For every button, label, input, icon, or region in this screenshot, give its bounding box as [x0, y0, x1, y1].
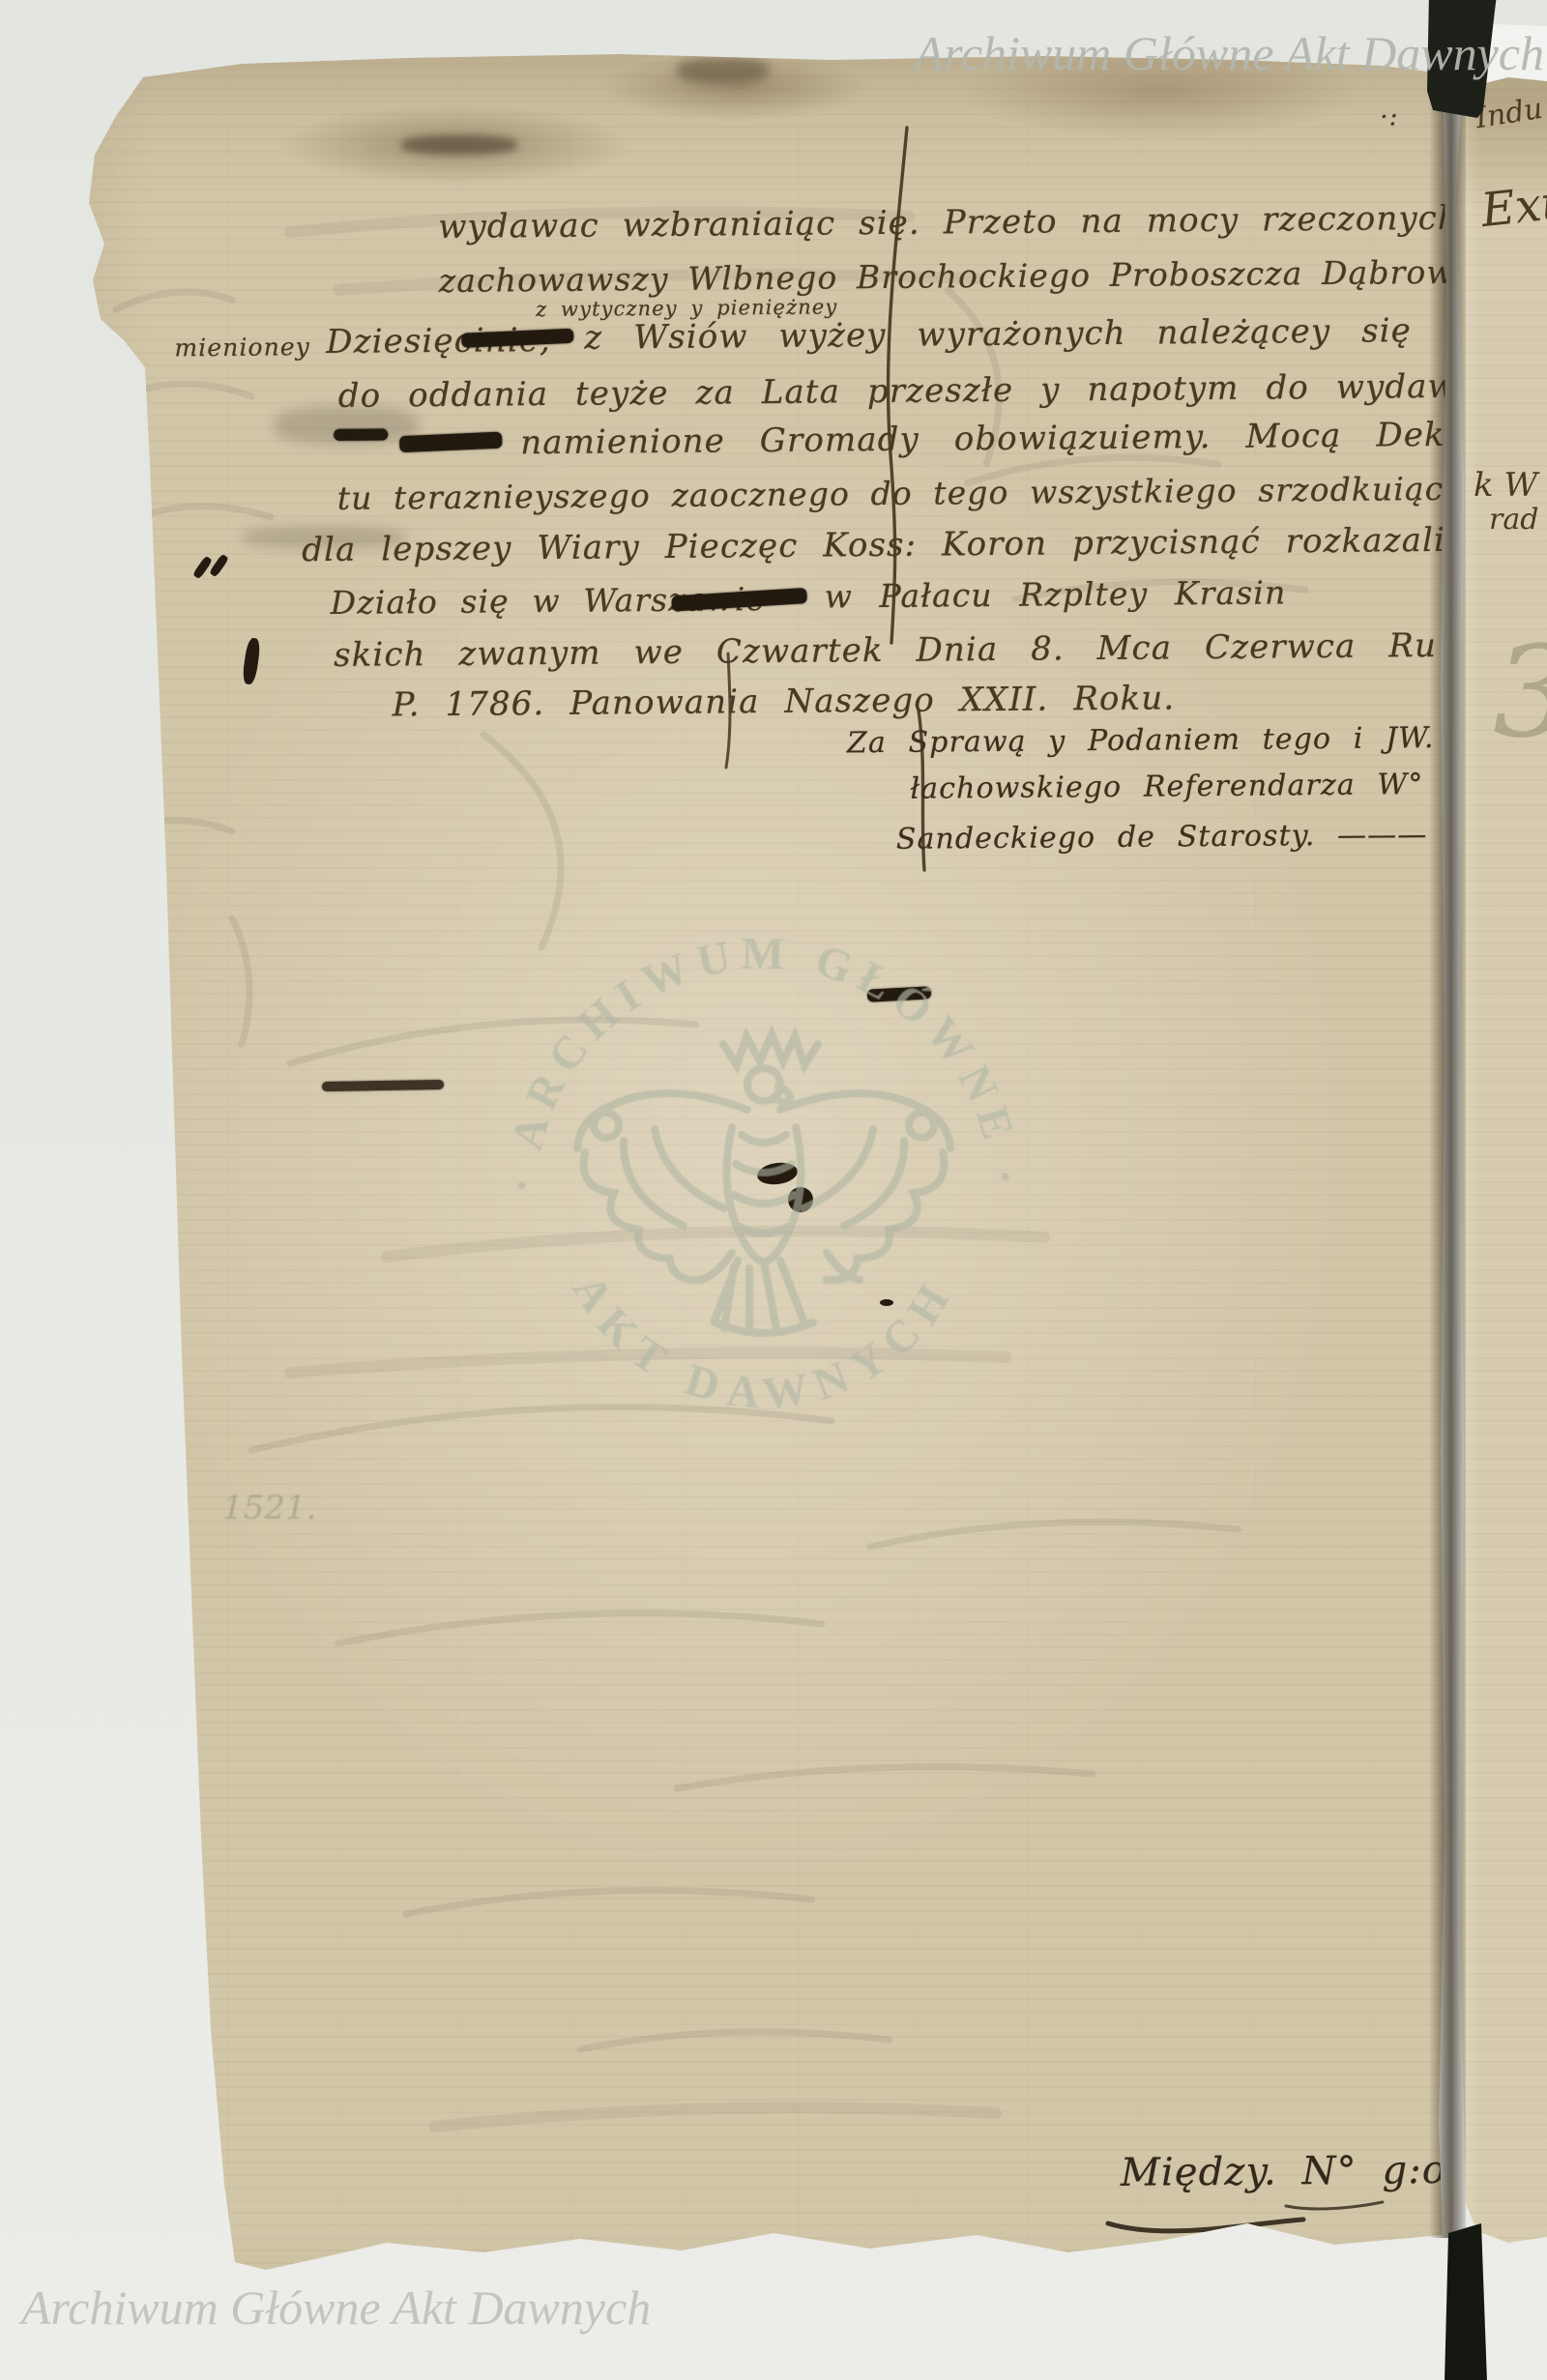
- handwritten-line: zachowawszy Wlbnego Brochockiego Probosz…: [439, 250, 1547, 300]
- adjacent-page-fragment: k W: [1474, 466, 1537, 505]
- ink-scribble: [334, 428, 388, 440]
- adjacent-page-fragment: Ext: [1478, 176, 1547, 238]
- watermark-text-bottom: Archiwum Główne Akt Dawnych: [21, 2279, 651, 2336]
- adjacent-page-fragment: rad: [1489, 503, 1538, 537]
- bottom-note: Między. N° g:o: [1121, 2148, 1446, 2195]
- handwritten-line: wydawac wzbraniaiąc się. Przeto na mocy …: [438, 198, 1547, 247]
- ink-scribble: [399, 432, 503, 453]
- handwritten-line: dla lepszey Wiary Pieczęc Koss: Koron pr…: [302, 520, 1515, 569]
- handwritten-line: P. 1786. Panowania Naszego XXII. Roku.: [392, 679, 1175, 724]
- handwritten-line: tu teraznieyszego zaocznego do tego wszy…: [337, 469, 1547, 517]
- signature-line: Za Sprawą y Podaniem tego i JW. Ma: [847, 720, 1505, 760]
- handwritten-line: skich zwanym we Czwartek Dnia 8. Mca Cze…: [334, 626, 1437, 675]
- handwritten-line: namienione Gromady obowiązuiemy. Mocą De…: [520, 416, 1482, 463]
- adjacent-page-fragment: 3: [1493, 619, 1547, 766]
- binding-strip-bottom: [1445, 2223, 1487, 2380]
- handwritten-line: w Pałacu Rzpltey Krasin: [824, 573, 1286, 615]
- handwriting-block: wydawac wzbraniaiąc się. Przeto na mocy …: [0, 0, 1547, 2380]
- gutter-shadow: [1429, 68, 1466, 2238]
- archive-scan: Indu Ext k W rad 3: [0, 0, 1547, 2380]
- handwritten-line: z Wsiów wyżey wyrażonych należącey się: [584, 311, 1412, 357]
- margin-word: mienioney: [174, 333, 310, 362]
- handwritten-line: do oddania teyże za Lata przeszłe y napo…: [338, 366, 1532, 416]
- ink-mark: ·:: [1380, 102, 1398, 131]
- signature-line: Sandeckiego de Starosty. ———: [896, 818, 1428, 856]
- manuscript-page: · ARCHIWUM GŁÓWNE · AKT DAWNYCH: [0, 0, 1547, 2380]
